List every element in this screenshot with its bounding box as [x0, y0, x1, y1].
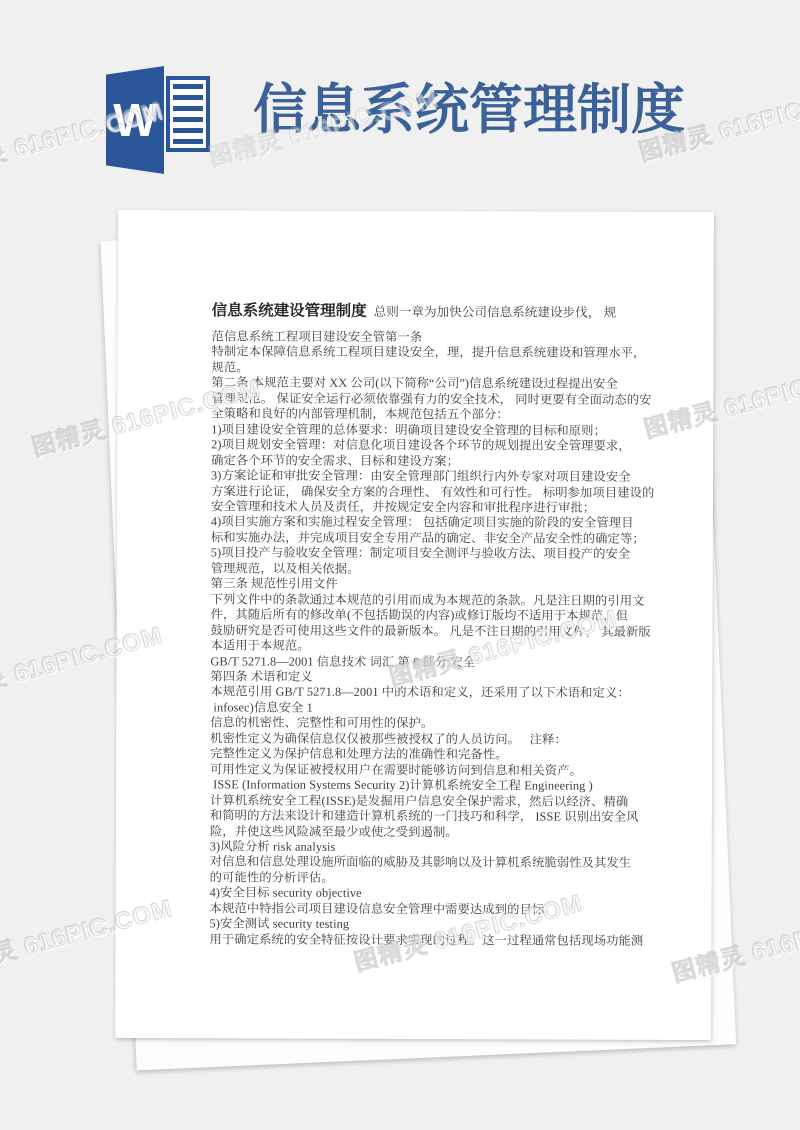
document-line: 3)方案论证和审批安全管理：由安全管理部门组织行内外专家对项目建设安全	[211, 468, 635, 485]
document-line: 确定各个环节的安全需求、目标和建设方案；	[211, 453, 635, 470]
document-line: 4)安全目标 security objective	[210, 886, 634, 903]
document-title: 信息系统建设管理制度总则一章为加快公司信息系统建设步伐， 规	[212, 300, 636, 323]
document-line: 机密性定义为确保信息仅仅被那些被授权了的人员访问。 注释：	[210, 731, 634, 748]
document-line: 1)项目建设安全管理的总体要求：明确项目建设安全管理的目标和原则；	[211, 422, 635, 439]
document-line: 方案进行论证， 确保安全方案的合理性、 有效性和可行性。 标明参加项目建设的	[211, 484, 635, 501]
document-line: GB/T 5271.8—2001 信息技术 词汇 第 8 部分 安全	[210, 654, 634, 671]
page-canvas: W 信息系统管理制度 信息系统建设管理制度总则一章为加快公司信息系统建设步伐， …	[0, 0, 800, 1130]
word-document-icon	[166, 76, 210, 152]
document-line: 完整性定义为保护信息和处理方法的准确性和完备性。	[210, 747, 634, 764]
word-icon-text-lines	[173, 84, 203, 144]
document-line: 5)项目投产与验收安全管理：制定项目安全测评与验收方法、项目投产的安全	[211, 546, 635, 563]
document-line: 5)安全测试 security testing	[209, 917, 633, 934]
document-line: 险，并使这些风险减至最少或使之受到遏制。	[210, 824, 634, 841]
document-line: ISSE (Information Systems Security 2)计算机…	[210, 777, 634, 794]
document-line: 下列文件中的条款通过本规范的引用而成为本规范的条款。凡是注日期的引用文	[211, 592, 635, 609]
document-line: 对信息和信息处理设施所面临的威胁及其影响以及计算机系统脆弱性及其发生	[210, 855, 634, 872]
document-line: 第二条 本规范主要对 XX 公司(以下简称“公司”)信息系统建设过程提出安全	[211, 376, 635, 393]
document-line: 件，其随后所有的修改单(不包括勘误的内容)或修订版均不适用于本规范，但	[211, 607, 635, 624]
document-line: 特制定本保障信息系统工程项目建设安全，理，提升信息系统建设和管理水平，	[211, 345, 635, 362]
document-line: 2)项目规划安全管理：对信息化项目建设各个环节的规划提出安全管理要求，	[211, 437, 635, 454]
document-line: 全策略和良好的内部管理机制，本规范包括五个部分：	[211, 407, 635, 424]
document-line: 管理规范。 保证安全运行必须依靠强有力的安全技术， 同时更要有全面动态的安	[211, 391, 635, 408]
document-title-bold: 信息系统建设管理制度	[212, 302, 367, 320]
document-line: 本规范引用 GB/T 5271.8—2001 中的术语和定义，还采用了以下术语和…	[210, 685, 634, 702]
document-line: 第三条 规范性引用文件	[211, 577, 635, 594]
document-line: 管理规范，以及相关依据。	[211, 561, 635, 578]
document-title-rest: 总则一章为加快公司信息系统建设步伐， 规	[374, 305, 616, 320]
header: W 信息系统管理制度	[0, 0, 800, 200]
document-line: 和简明的方法来设计和建造计算机系统的一门技巧和科学， ISSE 识别出安全风	[210, 808, 634, 825]
document-line: 信息的机密性、完整性和可用性的保护。	[210, 716, 634, 733]
document-line: 本适用于本规范。	[210, 638, 634, 655]
document-line: 用于确定系统的安全特征按设计要求实现的过程。这一过程通常包括现场功能测	[209, 932, 633, 949]
word-icon-cover: W	[106, 66, 164, 174]
document-line: 可用性定义为保证被授权用户在需要时能够访问到信息和相关资产。	[210, 762, 634, 779]
document-line: 4)项目实施方案和实施过程安全管理： 包括确定项目实施的阶段的安全管理目	[211, 515, 635, 532]
word-icon-letter: W	[113, 97, 156, 143]
document-line: 鼓励研究是否可使用这些文件的最新版本。 凡是不注日期的引用文件， 其最新版	[211, 623, 635, 640]
document-line: 本规范中特指公司项目建设信息安全管理中需要达成到的目标。	[210, 901, 634, 918]
document-body: 范信息系统工程项目建设安全管第一条特制定本保障信息系统工程项目建设安全，理，提升…	[209, 329, 635, 949]
word-icon: W	[106, 66, 210, 174]
document-line: 计算机系统安全工程(ISSE)是发掘用户信息安全保护需求，然后以经济、精确	[210, 793, 634, 810]
header-title: 信息系统管理制度	[253, 70, 685, 150]
document-page: 信息系统建设管理制度总则一章为加快公司信息系统建设步伐， 规 范信息系统工程项目…	[115, 210, 714, 1040]
